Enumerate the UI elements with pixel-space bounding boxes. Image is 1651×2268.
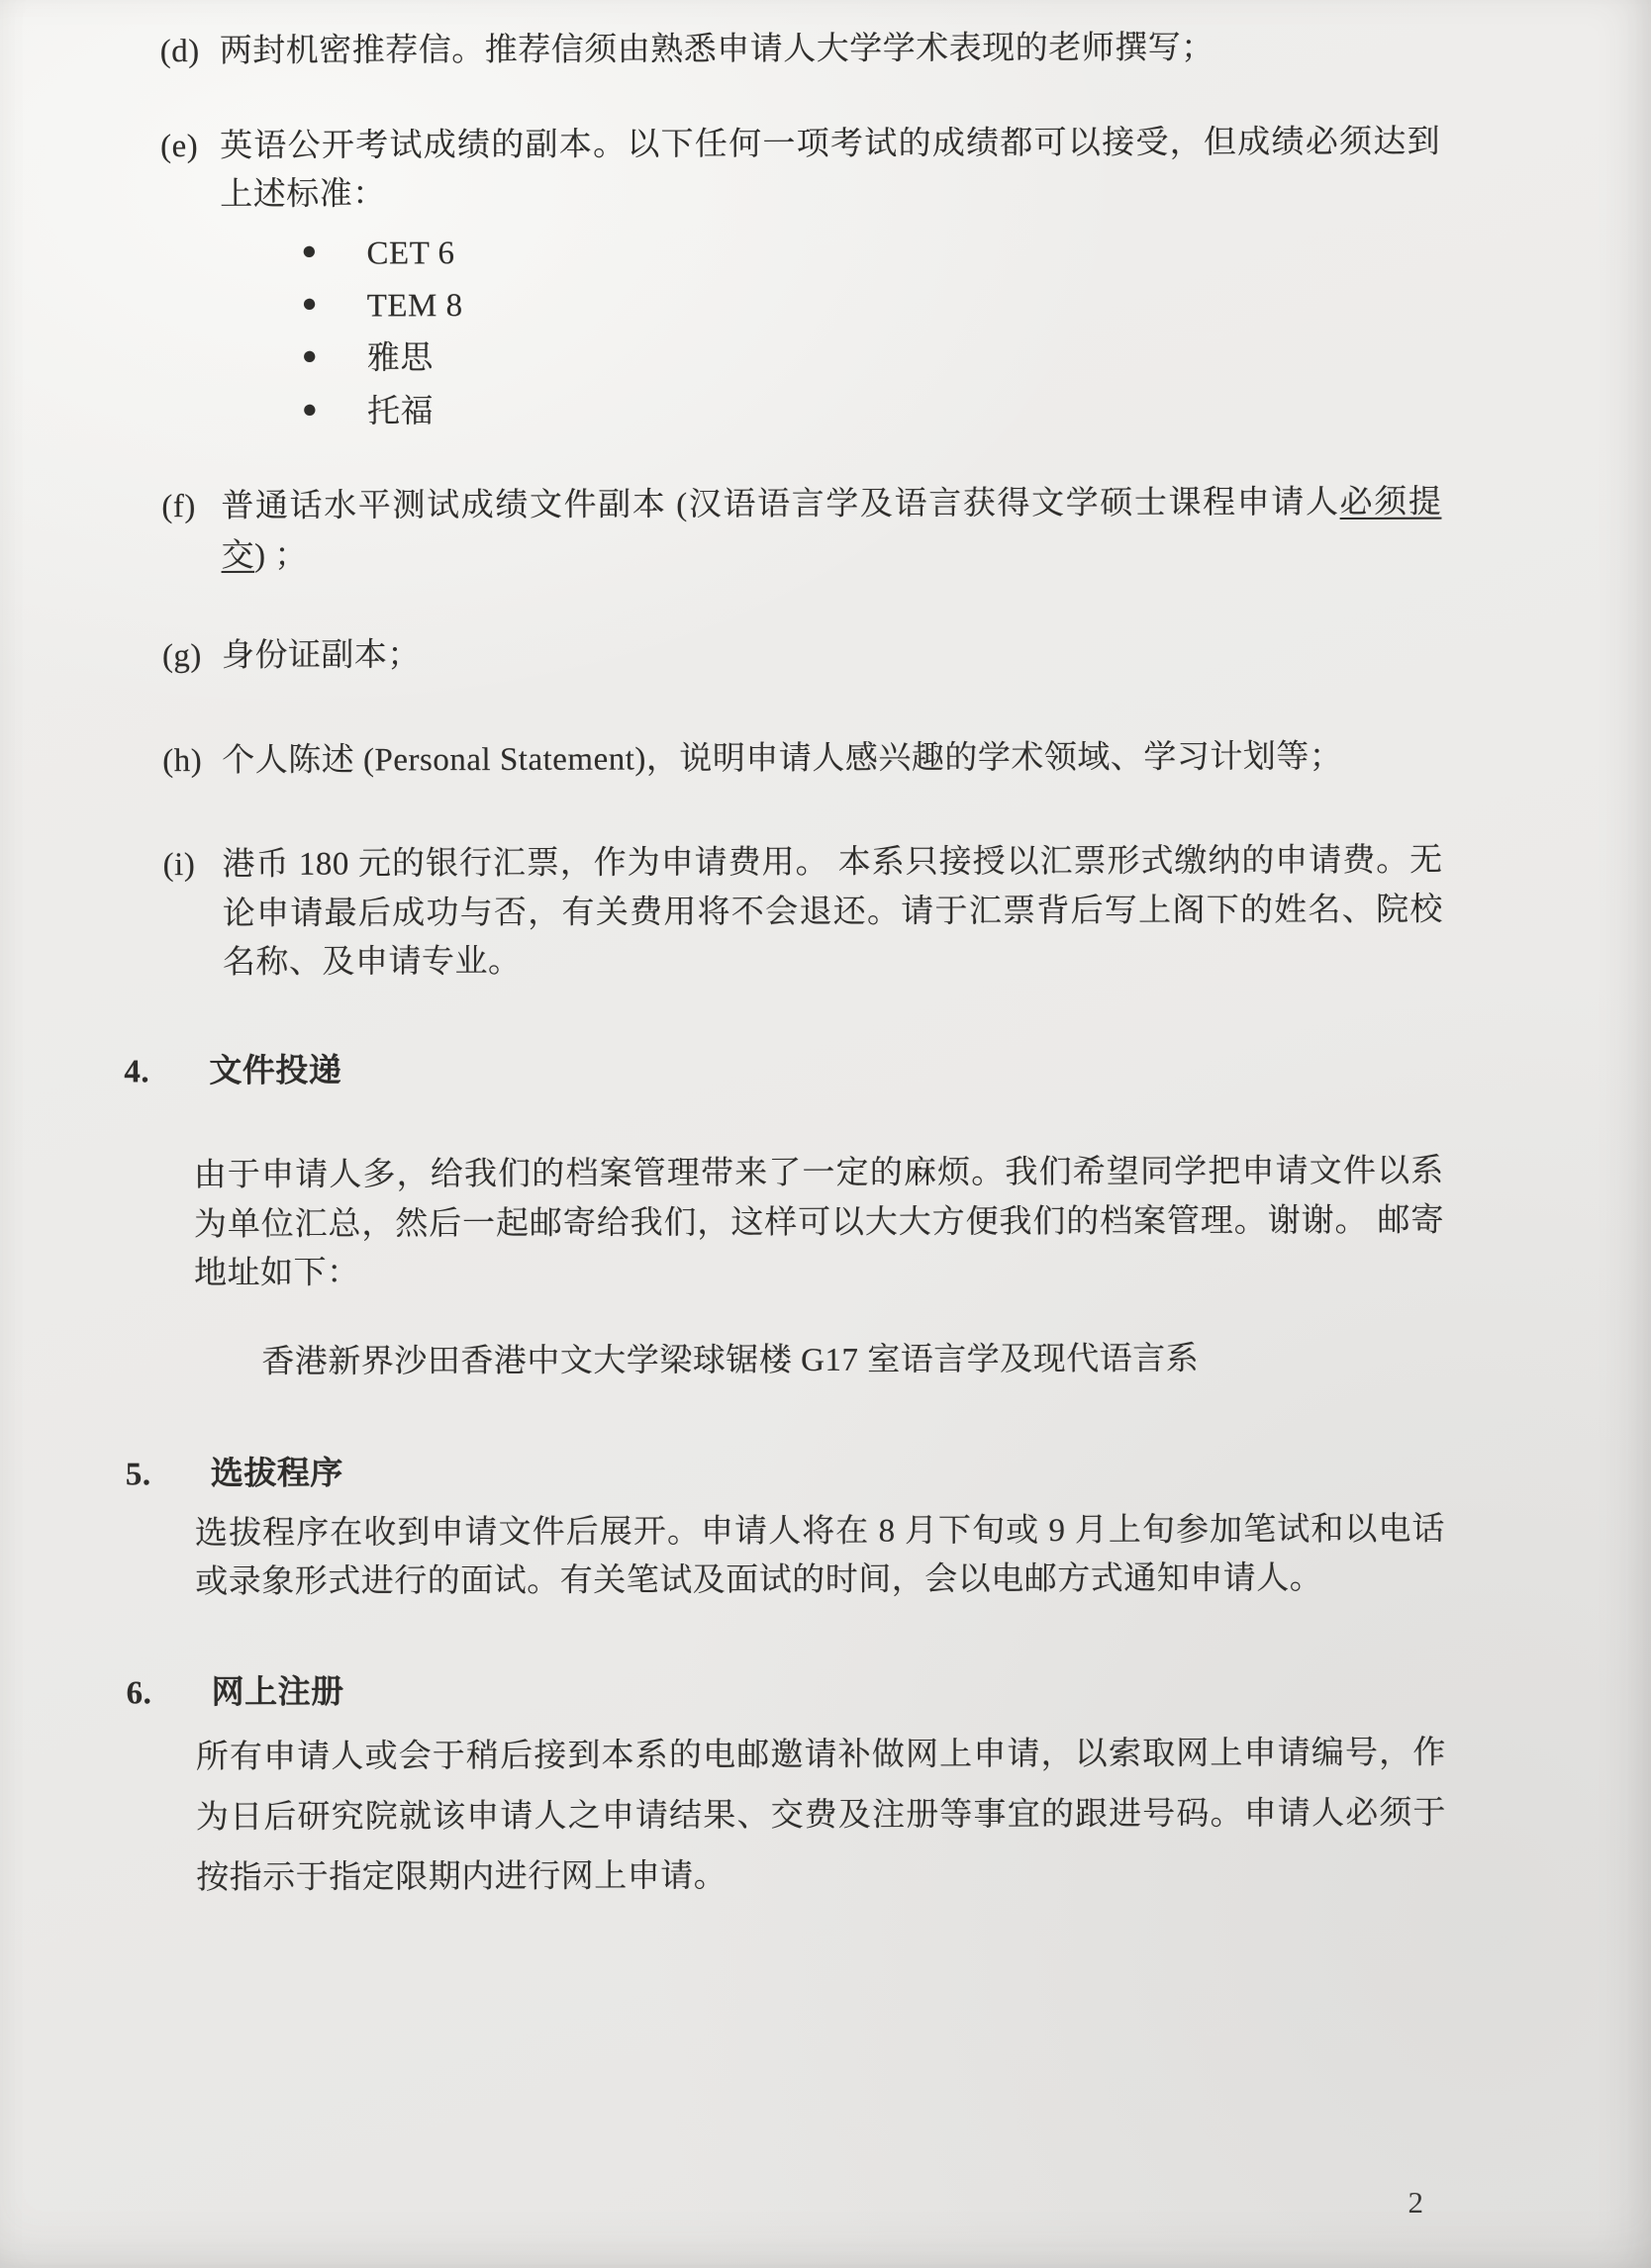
section-heading: 5. 选拔程序 bbox=[126, 1447, 1445, 1500]
section-heading: 6. 网上注册 bbox=[126, 1664, 1445, 1718]
section-number: 4. bbox=[124, 1048, 209, 1097]
section-heading: 4. 文件投递 bbox=[124, 1043, 1443, 1096]
section-paragraph: 所有申请人或会于稍后接到本系的电邮邀请补做网上申请，以索取网上申请编号，作为日后… bbox=[196, 1724, 1447, 1909]
list-item-h: (h) 个人陈述 (Personal Statement)，说明申请人感兴趣的学… bbox=[162, 732, 1442, 786]
item-marker: (h) bbox=[162, 737, 222, 787]
list-item-e: (e) 英语公开考试成绩的副本。以下任何一项考试的成绩都可以接受，但成绩必须达到… bbox=[160, 118, 1441, 439]
list-item-f: (f) 普通话水平测试成绩文件副本 (汉语语言学及语言获得文学硕士课程申请人必须… bbox=[161, 479, 1441, 582]
bullet-dot-icon: ● bbox=[302, 386, 367, 429]
item-marker: (f) bbox=[161, 483, 221, 532]
bullet-label: CET 6 bbox=[366, 228, 454, 281]
scanned-document-page: (d) 两封机密推荐信。推荐信须由熟悉申请人大学学术表现的老师撰写； (e) 英… bbox=[0, 0, 1651, 2268]
item-text: 个人陈述 (Personal Statement)，说明申请人感兴趣的学术领域、… bbox=[222, 732, 1442, 786]
list-item-i: (i) 港币 180 元的银行汇票，作为申请费用。 本系只接授以汇票形式缴纳的申… bbox=[163, 837, 1444, 989]
bullet-label: TEM 8 bbox=[367, 280, 463, 333]
item-text: 英语公开考试成绩的副本。以下任何一项考试的成绩都可以接受，但成绩必须达到上述标准… bbox=[220, 118, 1441, 439]
item-text: 身份证副本； bbox=[222, 628, 1442, 682]
section-paragraph: 由于申请人多，给我们的档案管理带来了一定的麻烦。我们希望同学把申请文件以系为单位… bbox=[194, 1148, 1445, 1299]
section-title: 文件投递 bbox=[209, 1047, 341, 1096]
item-marker: (e) bbox=[160, 122, 220, 171]
section-number: 5. bbox=[126, 1451, 211, 1500]
section-number: 6. bbox=[126, 1669, 211, 1719]
section-title: 选拔程序 bbox=[211, 1451, 343, 1500]
item-marker: (d) bbox=[160, 28, 220, 77]
item-text-segment: 普通话水平测试成绩文件副本 (汉语语言学及语言获得文学硕士课程申请人 bbox=[221, 485, 1339, 524]
section-paragraph: 选拔程序在收到申请文件后展开。申请人将在 8 月下旬或 9 月上旬参加笔试和以电… bbox=[195, 1505, 1445, 1607]
list-item-g: (g) 身份证副本； bbox=[162, 628, 1442, 682]
page-number: 2 bbox=[1408, 2185, 1424, 2221]
bullet-dot-icon: ● bbox=[301, 228, 366, 271]
document-content: (d) 两封机密推荐信。推荐信须由熟悉申请人大学学术表现的老师撰写； (e) 英… bbox=[121, 24, 1447, 1909]
bullet-label: 雅思 bbox=[367, 333, 434, 387]
bullet-item: ● 托福 bbox=[302, 383, 1441, 439]
item-marker: (g) bbox=[162, 632, 222, 682]
item-text: 港币 180 元的银行汇票，作为申请费用。 本系只接授以汇票形式缴纳的申请费。无… bbox=[223, 837, 1444, 989]
item-text-segment: ) ； bbox=[254, 537, 308, 573]
bullet-item: ● TEM 8 bbox=[302, 277, 1441, 333]
section-title: 网上注册 bbox=[211, 1668, 343, 1718]
item-text: 普通话水平测试成绩文件副本 (汉语语言学及语言获得文学硕士课程申请人必须提交) … bbox=[221, 479, 1441, 581]
bullet-label: 托福 bbox=[367, 386, 434, 439]
bullet-dot-icon: ● bbox=[302, 280, 367, 324]
section-selection-process: 5. 选拔程序 选拔程序在收到申请文件后展开。申请人将在 8 月下旬或 9 月上… bbox=[126, 1447, 1446, 1608]
bullet-item: ● 雅思 bbox=[302, 330, 1441, 386]
item-marker: (i) bbox=[163, 841, 223, 891]
item-text: 两封机密推荐信。推荐信须由熟悉申请人大学学术表现的老师撰写； bbox=[220, 24, 1440, 77]
mailing-address: 香港新界沙田香港中文大学梁球锯楼 G17 室语言学及现代语言系 bbox=[261, 1334, 1444, 1387]
section-online-registration: 6. 网上注册 所有申请人或会于稍后接到本系的电邮邀请补做网上申请，以索取网上申… bbox=[126, 1664, 1446, 1908]
list-item-d: (d) 两封机密推荐信。推荐信须由熟悉申请人大学学术表现的老师撰写； bbox=[160, 24, 1440, 77]
exam-bullet-list: ● CET 6 ● TEM 8 ● 雅思 ● 托 bbox=[301, 224, 1441, 439]
section-document-delivery: 4. 文件投递 由于申请人多，给我们的档案管理带来了一定的麻烦。我们希望同学把申… bbox=[124, 1043, 1444, 1387]
lettered-list: (d) 两封机密推荐信。推荐信须由熟悉申请人大学学术表现的老师撰写； (e) 英… bbox=[160, 24, 1443, 989]
item-text-segment: 英语公开考试成绩的副本。以下任何一项考试的成绩都可以接受，但成绩必须达到上述标准… bbox=[220, 124, 1440, 213]
bullet-dot-icon: ● bbox=[302, 333, 367, 377]
bullet-item: ● CET 6 bbox=[301, 224, 1440, 280]
